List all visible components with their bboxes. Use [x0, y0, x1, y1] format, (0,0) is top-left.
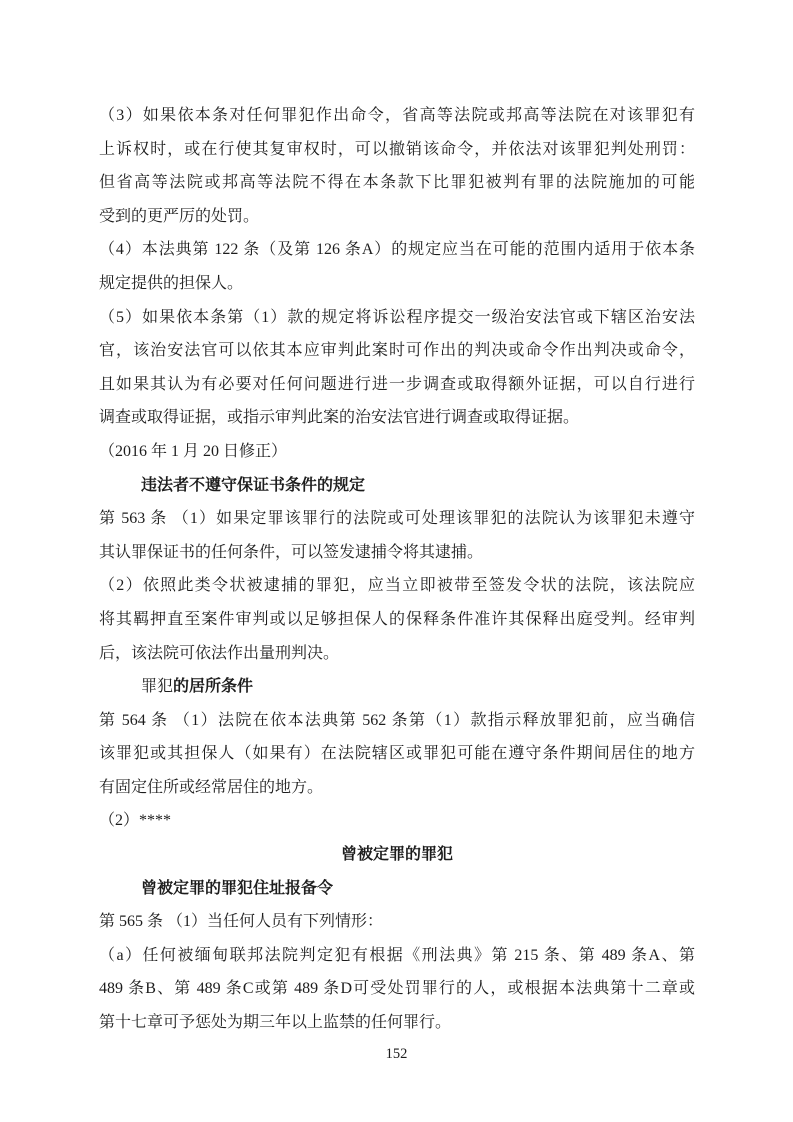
body-line: （5）如果依本条第（1）款的规定将诉讼程序提交一级治安法官或下辖区治安法: [99, 301, 695, 335]
heading-bold-part: 的居所条件: [173, 678, 253, 695]
body-line: （3）如果依本条对任何罪犯作出命令，省高等法院或邦高等法院在对该罪犯有: [99, 99, 695, 133]
body-line: 第十七章可予惩处为期三年以上监禁的任何罪行。: [99, 1006, 695, 1040]
body-line: 第 564 条 （1）法院在依本法典第 562 条第（1）款指示释放罪犯前，应当…: [99, 704, 695, 738]
body-line: 调查或取得证据，或指示审判此案的治安法官进行调查或取得证据。: [99, 401, 695, 435]
body-line: 该罪犯或其担保人（如果有）在法院辖区或罪犯可能在遵守条件期间居住的地方: [99, 737, 695, 771]
body-line: 489 条B、第 489 条C或第 489 条D可受处罚罪行的人，或根据本法典第…: [99, 972, 695, 1006]
body-line: 后，该法院可依法作出量刑判决。: [99, 637, 695, 671]
body-line: （4）本法典第 122 条（及第 126 条A）的规定应当在可能的范围内适用于依…: [99, 233, 695, 267]
heading-previously-convicted-offenders: 曾被定罪的罪犯: [99, 838, 695, 872]
body-line: 官，该治安法官可以依其本应审判此案时可作出的判决或命令作出判决或命令，: [99, 334, 695, 368]
body-line: 第 563 条 （1）如果定罪该罪行的法院或可处理该罪犯的法院认为该罪犯未遵守: [99, 502, 695, 536]
heading-regular-part: 罪犯: [141, 678, 173, 695]
heading-address-reporting-order: 曾被定罪的罪犯住址报备令: [99, 872, 695, 906]
body-line: 其认罪保证书的任何条件，可以签发逮捕令将其逮捕。: [99, 536, 695, 570]
body-line: 但省高等法院或邦高等法院不得在本条款下比罪犯被判有罪的法院施加的可能: [99, 166, 695, 200]
page-number: 152: [0, 1044, 793, 1064]
body-line: 且如果其认为有必要对任何问题进行进一步调查或取得额外证据，可以自行进行: [99, 368, 695, 402]
document-page: （3）如果依本条对任何罪犯作出命令，省高等法院或邦高等法院在对该罪犯有 上诉权时…: [0, 0, 793, 1122]
document-body: （3）如果依本条对任何罪犯作出命令，省高等法院或邦高等法院在对该罪犯有 上诉权时…: [99, 99, 695, 1040]
amendment-date-line: （2016 年 1 月 20 日修正）: [99, 435, 695, 469]
body-line: 有固定住所或经常居住的地方。: [99, 771, 695, 805]
body-line: （2）****: [99, 804, 695, 838]
body-line: 上诉权时，或在行使其复审权时，可以撤销该命令，并依法对该罪犯判处刑罚：: [99, 133, 695, 167]
body-line: 将其羁押直至案件审判或以足够担保人的保释条件准许其保释出庭受判。经审判: [99, 603, 695, 637]
body-line: （2）依照此类令状被逮捕的罪犯，应当立即被带至签发令状的法院，该法院应: [99, 569, 695, 603]
body-line: （a）任何被缅甸联邦法院判定犯有根据《刑法典》第 215 条、第 489 条A、…: [99, 939, 695, 973]
heading-breach-of-bond-conditions: 违法者不遵守保证书条件的规定: [99, 469, 695, 503]
heading-offender-residence-condition: 罪犯的居所条件: [99, 670, 695, 704]
body-line: 受到的更严厉的处罚。: [99, 200, 695, 234]
body-line: 第 565 条 （1）当任何人员有下列情形：: [99, 905, 695, 939]
body-line: 规定提供的担保人。: [99, 267, 695, 301]
